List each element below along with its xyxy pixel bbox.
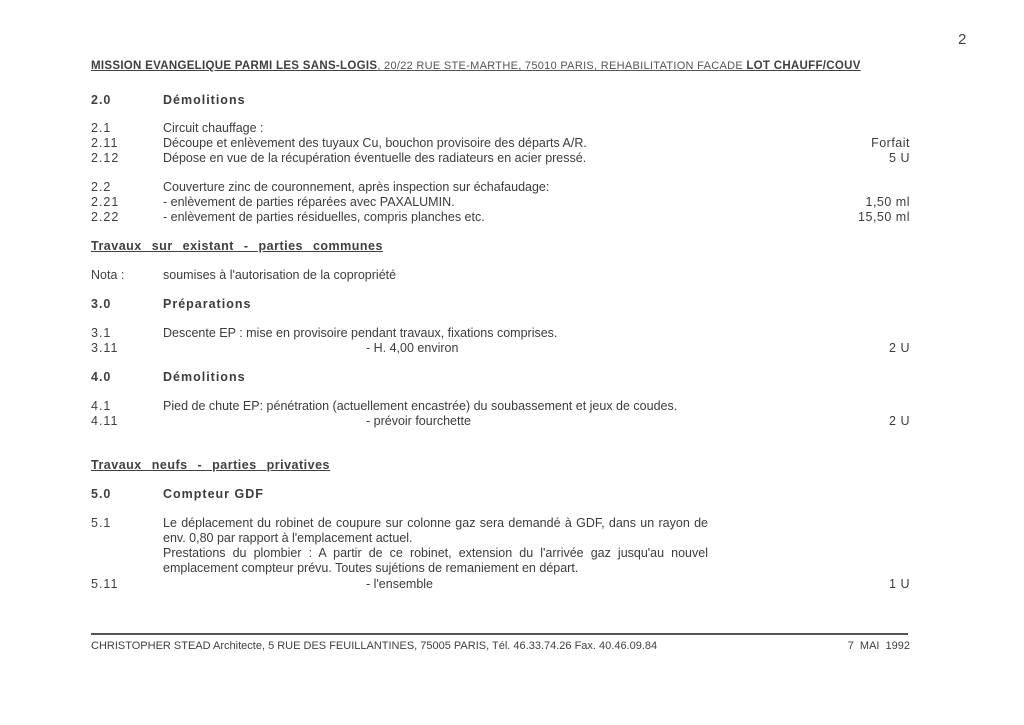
item-paragraph: Le déplacement du robinet de coupure sur… [163,516,708,546]
footer-divider [91,633,908,635]
nota-text: soumises à l'autorisation de la copropri… [163,268,396,282]
lot-name: LOT CHAUFF/COUV [746,60,860,72]
item-number: 2.21 [91,195,119,209]
item-number: 2.2 [91,180,111,194]
item-number: 4.1 [91,399,111,413]
item-quantity: Forfait [871,136,910,150]
item-paragraph: Prestations du plombier : A partir de ce… [163,546,708,576]
group-heading: Travaux neufs - parties privatives [91,458,330,472]
document-date: 7 MAI 1992 [848,640,910,652]
item-quantity: 1 U [889,577,910,591]
item-text: Découpe et enlèvement des tuyaux Cu, bou… [163,136,587,150]
item-text: Descente EP : mise en provisoire pendant… [163,326,557,340]
section-title: Démolitions [163,93,246,107]
section-number: 5.0 [91,487,111,501]
item-number: 2.1 [91,121,111,135]
item-text: Pied de chute EP: pénétration (actuellem… [163,399,677,413]
section-number: 2.0 [91,93,111,107]
section-title: Préparations [163,297,251,311]
page-number: 2 [958,31,966,48]
item-number: 4.11 [91,414,118,428]
section-number: 3.0 [91,297,111,311]
item-number: 2.22 [91,210,119,224]
item-text: Dépose en vue de la récupération éventue… [163,151,586,165]
section-title: Compteur GDF [163,487,264,501]
nota-label: Nota : [91,268,124,282]
item-quantity: 15,50 ml [858,210,910,224]
item-text: - l'ensemble [366,577,433,591]
item-quantity: 2 U [889,414,910,428]
item-number: 2.12 [91,151,119,165]
item-number: 2.11 [91,136,118,150]
section-number: 4.0 [91,370,111,384]
item-text: - enlèvement de parties résiduelles, com… [163,210,485,224]
document-header: MISSION EVANGELIQUE PARMI LES SANS-LOGIS… [91,60,861,72]
item-text: - prévoir fourchette [366,414,471,428]
item-text: Couverture zinc de couronnement, après i… [163,180,549,194]
item-quantity: 5 U [889,151,910,165]
architect-info: CHRISTOPHER STEAD Architecte, 5 RUE DES … [91,640,657,652]
item-quantity: 2 U [889,341,910,355]
item-text: - enlèvement de parties réparées avec PA… [163,195,455,209]
project-address: , 20/22 RUE STE-MARTHE, 75010 PARIS, REH… [377,60,746,72]
item-number: 3.11 [91,341,118,355]
section-title: Démolitions [163,370,246,384]
item-text: Circuit chauffage : [163,121,264,135]
item-text: - H. 4,00 environ [366,341,458,355]
item-number: 5.11 [91,577,118,591]
group-heading: Travaux sur existant - parties communes [91,239,383,253]
item-number: 5.1 [91,516,111,530]
item-number: 3.1 [91,326,111,340]
item-quantity: 1,50 ml [866,195,911,209]
client-name: MISSION EVANGELIQUE PARMI LES SANS-LOGIS [91,60,377,72]
